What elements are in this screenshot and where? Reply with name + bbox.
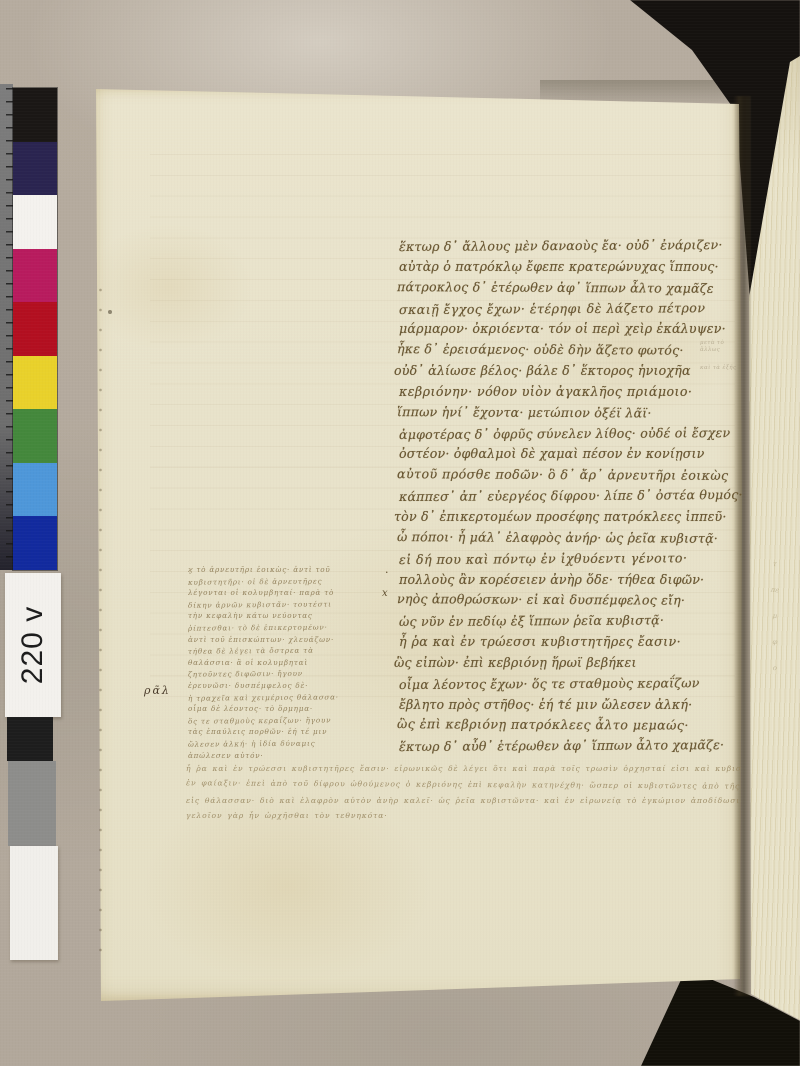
- color-calibration-bar: [13, 88, 57, 570]
- verse-line: αὐτὰρ ὁ πατρόκλῳ ἔφεπε κρατερώνυχας ἵππο…: [399, 259, 739, 280]
- scholia-line: εἰς θάλασσαν· διὸ καὶ ἐλαφρὸν αὐτὸν ἀνὴρ…: [186, 796, 742, 812]
- scholia-line: ἀντὶ τοῦ ἐπισκώπτων· χλευάζων·: [188, 635, 362, 647]
- folio-label-card: 220 v: [5, 573, 61, 717]
- verse-line: πολλοὺς ἂν κορέσειεν ἀνὴρ ὅδε· τήθεα διφ…: [399, 572, 739, 593]
- scholia-line: γελοῖον γὰρ ἦν ὠρχῆσθαι τὸν τεθνηκότα·: [186, 811, 742, 827]
- verse-line: κεβριόνην· νόθον υἱὸν ἀγακλῆος πριάμοιο·: [399, 384, 739, 405]
- grayscale-patch-gray: [8, 761, 56, 846]
- scholia-line: τήθεα δὲ λέγει τὰ ὄστρεα τὰ: [188, 645, 362, 658]
- verse-line: νηὸς ἀποθρώσκων· εἰ καὶ δυσπέμφελος εἴη·: [397, 591, 737, 614]
- verse-line: οἶμα λέοντος ἔχων· ὅς τε σταθμοὺς κεραΐζ…: [399, 675, 739, 698]
- main-text-block: ἕκτωρ δ᾽ ἄλλους μὲν δαναοὺς ἔα· οὐδ᾽ ἐνά…: [399, 238, 739, 759]
- verse-line: ὦ πόποι· ἦ μάλ᾽ ἐλαφρὸς ἀνήρ· ὡς ῥεῖα κυ…: [397, 529, 737, 552]
- verse-line: ὀστέον· ὀφθαλμοὶ δὲ χαμαὶ πέσον ἐν κονίῃ…: [399, 446, 739, 467]
- verse-line: ἕκτωρ δ᾽ ἄλλους μὲν δαναοὺς ἔα· οὐδ᾽ ἐνά…: [399, 237, 739, 260]
- scholia-line: ἡ τραχεῖα καὶ χειμέριος θάλασσα·: [188, 692, 362, 705]
- fore-edge-mark: φ: [763, 637, 786, 665]
- scholia-line: ἀπώλεσεν αὐτόν·: [188, 751, 362, 763]
- color-swatch-magenta: [13, 249, 57, 303]
- folio-number: 220 v: [16, 606, 50, 684]
- scholia-line: τὴν κεφαλὴν κάτω νεύοντας: [188, 611, 362, 623]
- verse-line: τὸν δ᾽ ἐπικερτομέων προσέφης πατρόκλεες …: [394, 509, 734, 530]
- verse-line: ἵππων ἡνί᾽ ἔχοντα· μετώπιον ὀξέϊ λᾶϊ·: [397, 404, 737, 427]
- verse-line: ἔβλητο πρὸς στῆθος· ἑή τέ μιν ὤλεσεν ἀλκ…: [399, 697, 739, 718]
- scholia-line: κυβιστητῆρι· οἱ δὲ ἀρνευτῆρες: [188, 576, 362, 589]
- verse-line: ὣς ἐπὶ κεβριόνῃ πατρόκλεες ἆλτο μεμαώς·: [397, 717, 737, 740]
- margin-mark-cross: x: [382, 588, 388, 599]
- fore-edge-marks: τπεμφο: [764, 560, 784, 690]
- scholia-line: λέγονται οἱ κολυμβηταί· παρὰ τὸ: [188, 588, 362, 600]
- margin-mark-dot: ·: [385, 566, 389, 579]
- calibration-ruler: [0, 84, 13, 570]
- verse-line: σκαιῇ ἔγχος ἔχων· ἑτέρηφι δὲ λάζετο πέτρ…: [399, 299, 739, 322]
- verse-line: ἧκε δ᾽ ἐρεισάμενος· οὐδὲ δὴν ἅζετο φωτός…: [397, 341, 737, 364]
- scholia-line: ἐν φαίαξιν· ἐπεὶ ἀπὸ τοῦ δίφρου ὠθούμενο…: [186, 778, 742, 797]
- verse-line: ἕκτωρ δ᾽ αὖθ᾽ ἑτέρωθεν ἀφ᾽ ἵππων ἆλτο χα…: [399, 737, 739, 760]
- fore-edge-mark: μ: [763, 611, 786, 639]
- scholia-line: ὅς τε σταθμοὺς κεραΐζων· ἤγουν: [188, 715, 362, 728]
- right-margin-glosses: μετὰ τὸ ἄλλωςκαὶ τὰ ἑξῆς: [700, 340, 746, 384]
- verse-line: αὐτοῦ πρόσθε ποδῶν· ὃ δ᾽ ἄρ᾽ ἀρνευτῆρι ἐ…: [397, 466, 737, 489]
- color-swatch-yellow: [13, 356, 57, 410]
- color-swatch-navy: [13, 142, 57, 196]
- margin-note: ρᾶλ: [144, 684, 171, 697]
- scholia-line: ἦ ῥα καὶ ἐν τρώεσσι κυβιστητῆρες ἔασιν· …: [186, 764, 742, 780]
- margin-gloss: μετὰ τὸ ἄλλως: [700, 340, 746, 353]
- color-swatch-dark-blue: [13, 516, 57, 570]
- verse-line: ὡς νῦν ἐν πεδίῳ ἐξ ἵππων ῥεῖα κυβιστᾷ·: [399, 612, 739, 635]
- color-swatch-black: [13, 88, 57, 142]
- pricking-holes: [99, 288, 102, 960]
- fore-edge-mark: τ: [763, 559, 786, 587]
- verse-line: ἦ ῥα καὶ ἐν τρώεσσι κυβιστητῆρες ἔασιν·: [399, 634, 739, 655]
- color-swatch-green: [13, 409, 57, 463]
- scholia-line: τὰς ἐπαύλεις πορθῶν· ἑή τέ μιν: [188, 727, 362, 739]
- verse-line: εἰ δή που καὶ πόντῳ ἐν ἰχθυόεντι γένοιτο…: [399, 550, 739, 573]
- verse-line: πάτροκλος δ᾽ ἑτέρωθεν ἀφ᾽ ἵππων ἆλτο χαμ…: [397, 279, 737, 302]
- fore-edge-mark: ο: [763, 663, 786, 691]
- scholia-line: ϗ τὸ ἀρνευτῆρι ἐοικὼς· ἀντὶ τοῦ: [188, 565, 362, 577]
- scholia-line: ζητοῦντες διφῶσιν· ἤγουν: [188, 669, 362, 682]
- scholia-line: δίκην ἀρνῶν κυβιστᾶν· τουτέστι: [188, 599, 362, 612]
- left-scholia-block: ϗ τὸ ἀρνευτῆρι ἐοικὼς· ἀντὶ τοῦκυβιστητῆ…: [188, 565, 362, 765]
- scholia-line: ῥίπτεσθαι· τὸ δὲ ἐπικερτομέων·: [188, 622, 362, 635]
- verse-line: κάππεσ᾽ ἀπ᾽ εὐεργέος δίφρου· λίπε δ᾽ ὀστ…: [399, 487, 739, 510]
- bottom-scholia-block: ἦ ῥα καὶ ἐν τρώεσσι κυβιστητῆρες ἔασιν· …: [186, 764, 742, 828]
- grayscale-patch-black: [7, 717, 53, 761]
- verse-line: ὣς εἰπὼν· ἐπὶ κεβριόνῃ ἥρωϊ βεβήκει: [394, 655, 734, 676]
- grayscale-patch-white: [10, 846, 58, 960]
- scholia-line: οἶμα δὲ λέοντος· τὸ ὅρμημα·: [188, 704, 362, 716]
- scholia-line: ἐρευνῶσι· δυσπέμφελος δὲ·: [188, 681, 362, 693]
- color-swatch-white: [13, 195, 57, 249]
- verse-line: οὐδ᾽ ἁλίωσε βέλος· βάλε δ᾽ ἕκτορος ἡνιοχ…: [394, 363, 734, 384]
- scholia-line: ὤλεσεν ἀλκή· ἡ ἰδία δύναμις: [188, 738, 362, 751]
- ink-speck: [108, 310, 112, 314]
- color-swatch-light-blue: [13, 463, 57, 517]
- fore-edge-mark: πε: [763, 585, 786, 613]
- verse-line: ἀμφοτέρας δ᾽ ὀφρῦς σύνελεν λίθος· οὐδέ ο…: [399, 425, 739, 448]
- verse-line: μάρμαρον· ὀκριόεντα· τόν οἱ περὶ χεὶρ ἐκ…: [399, 321, 739, 342]
- color-swatch-red: [13, 302, 57, 356]
- manuscript-photo: τπεμφο ἕκτωρ δ᾽ ἄλλους μὲν δαναοὺς ἔα· ο…: [0, 0, 800, 1066]
- margin-gloss: καὶ τὰ ἑξῆς: [700, 365, 746, 372]
